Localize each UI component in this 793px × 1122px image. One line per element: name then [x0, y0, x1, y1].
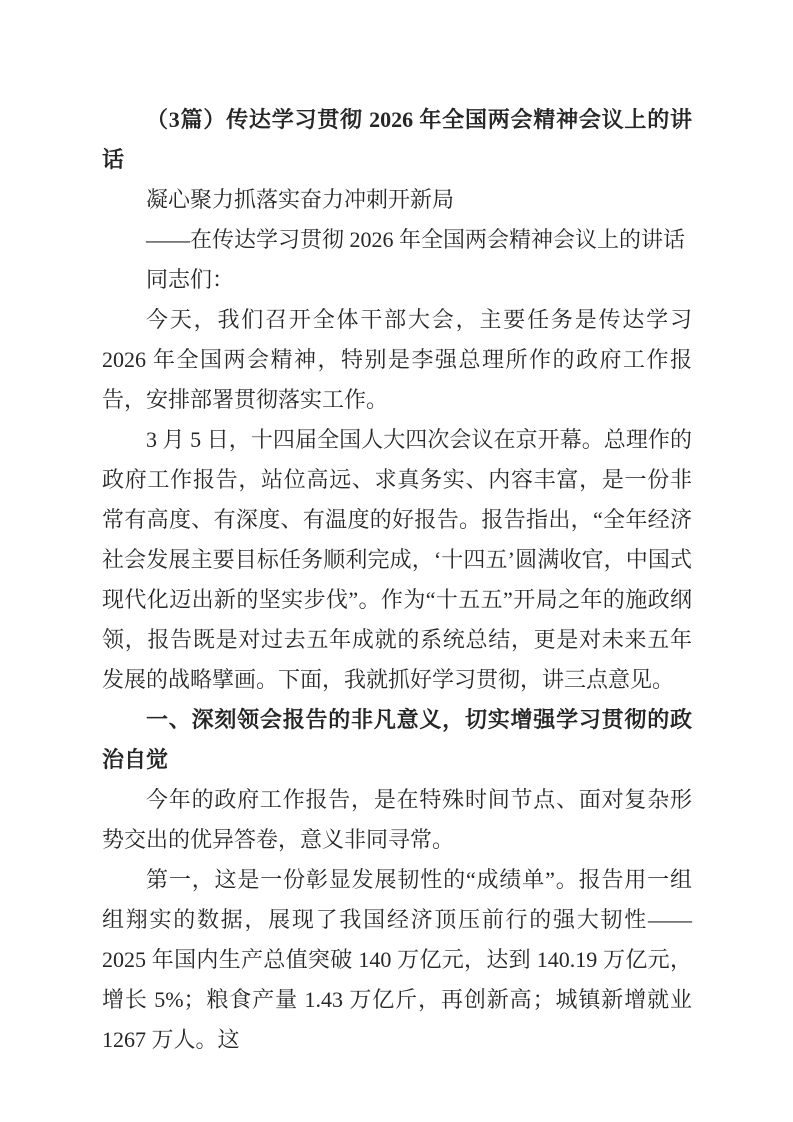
document-title: （3篇）传达学习贯彻 2026 年全国两会精神会议上的讲话 [102, 100, 692, 180]
section-heading-1: 一、深刻领会报告的非凡意义，切实增强学习贯彻的政治自觉 [102, 700, 692, 780]
document-subtitle: 凝心聚力抓落实奋力冲刺开新局 [102, 180, 692, 220]
paragraph-opening: 今天，我们召开全体干部大会，主要任务是传达学习 2026 年全国两会精神，特别是… [102, 300, 692, 420]
salutation: 同志们： [102, 260, 692, 300]
paragraph-achievements: 第一，这是一份彰显发展韧性的“成绩单”。报告用一组组翔实的数据，展现了我国经济顶… [102, 860, 692, 1060]
paragraph-report-overview: 3 月 5 日，十四届全国人大四次会议在京开幕。总理作的政府工作报告，站位高远、… [102, 420, 692, 700]
document-byline: ——在传达学习贯彻 2026 年全国两会精神会议上的讲话 [102, 220, 692, 260]
document-page: （3篇）传达学习贯彻 2026 年全国两会精神会议上的讲话 凝心聚力抓落实奋力冲… [0, 0, 793, 1122]
paragraph-significance: 今年的政府工作报告，是在特殊时间节点、面对复杂形势交出的优异答卷，意义非同寻常。 [102, 780, 692, 860]
